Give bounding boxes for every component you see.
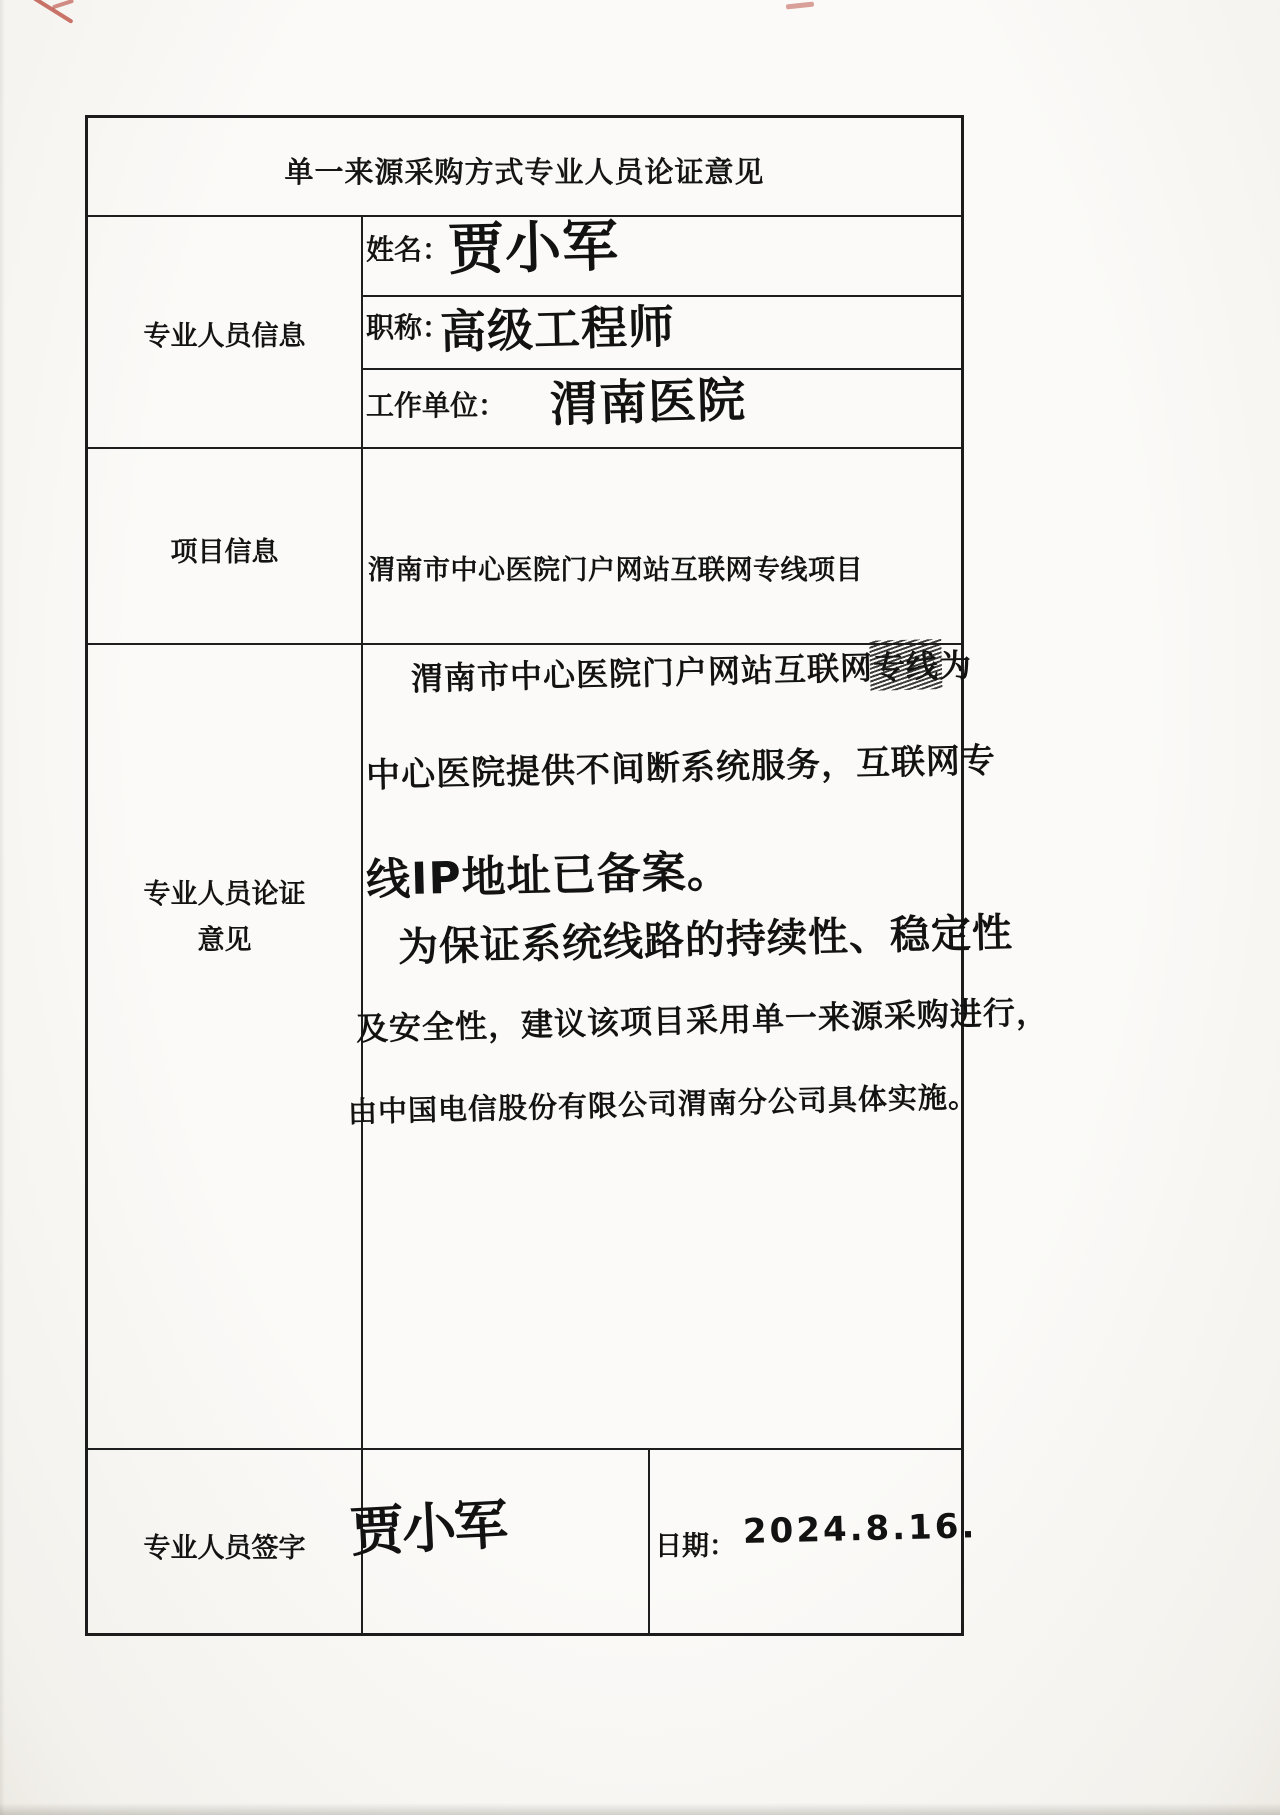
project-name-text: 渭南市中心医院门户网站互联网专线项目 <box>368 548 863 587</box>
field-label-job-title: 职称： <box>366 306 450 346</box>
handwritten-date-value: 2024.8.16. <box>743 1506 978 1552</box>
handwritten-signature: 贾小军 <box>348 1482 508 1567</box>
handwritten-work-unit-value: 渭南医院 <box>549 361 747 435</box>
scan-edge-shadow <box>0 0 5 1815</box>
opinion-line-6: 由中国电信股份有限公司渭南分公司具体实施。 <box>347 1075 978 1131</box>
section-label-opinion-line2: 意见 <box>88 917 361 963</box>
table-grid-line <box>88 1448 961 1450</box>
opinion-line-2: 中心医院提供不间断系统服务，互联网专 <box>365 733 996 797</box>
red-pen-mark <box>52 0 74 9</box>
handwritten-job-title-value: 高级工程师 <box>439 290 676 362</box>
section-label-project-info: 项目信息 <box>88 530 361 569</box>
opinion-line-1-pre: 渭南市中心医院门户网站互联网 <box>411 649 874 698</box>
opinion-line-1-post: 为 <box>938 646 972 685</box>
form-table: 单一来源采购方式专业人员论证意见 专业人员信息 姓名： 贾小军 职称： 高级工程… <box>85 115 964 1636</box>
field-label-name: 姓名： <box>366 228 450 268</box>
scanned-document-page: 单一来源采购方式专业人员论证意见 专业人员信息 姓名： 贾小军 职称： 高级工程… <box>0 0 1280 1815</box>
section-label-opinion-line1: 专业人员论证 <box>88 871 361 917</box>
section-label-personnel-info: 专业人员信息 <box>88 314 361 353</box>
table-grid-line <box>361 215 363 1633</box>
date-label: 日期： <box>655 1524 736 1563</box>
opinion-line-3: 线IP地址已备案。 <box>365 835 732 908</box>
handwritten-name-value: 贾小军 <box>447 202 620 286</box>
section-label-opinion: 专业人员论证 意见 <box>88 871 361 963</box>
table-grid-line <box>648 1448 650 1633</box>
red-pen-mark <box>786 2 814 10</box>
opinion-line-4: 为保证系统线路的持续性、稳定性 <box>397 901 1013 973</box>
opinion-line-1: 渭南市中心医院门户网站互联网专线为 <box>410 640 972 700</box>
opinion-line-5: 及安全性，建议该项目采用单一来源采购进行， <box>355 987 1049 1050</box>
opinion-line-1-scribbled-text: 专线 <box>872 641 939 689</box>
section-label-signature: 专业人员签字 <box>88 1526 361 1565</box>
field-label-work-unit: 工作单位： <box>366 384 506 424</box>
scan-edge-shadow <box>0 1803 1280 1815</box>
document-title: 单一来源采购方式专业人员论证意见 <box>88 150 961 191</box>
table-grid-line <box>88 447 961 449</box>
